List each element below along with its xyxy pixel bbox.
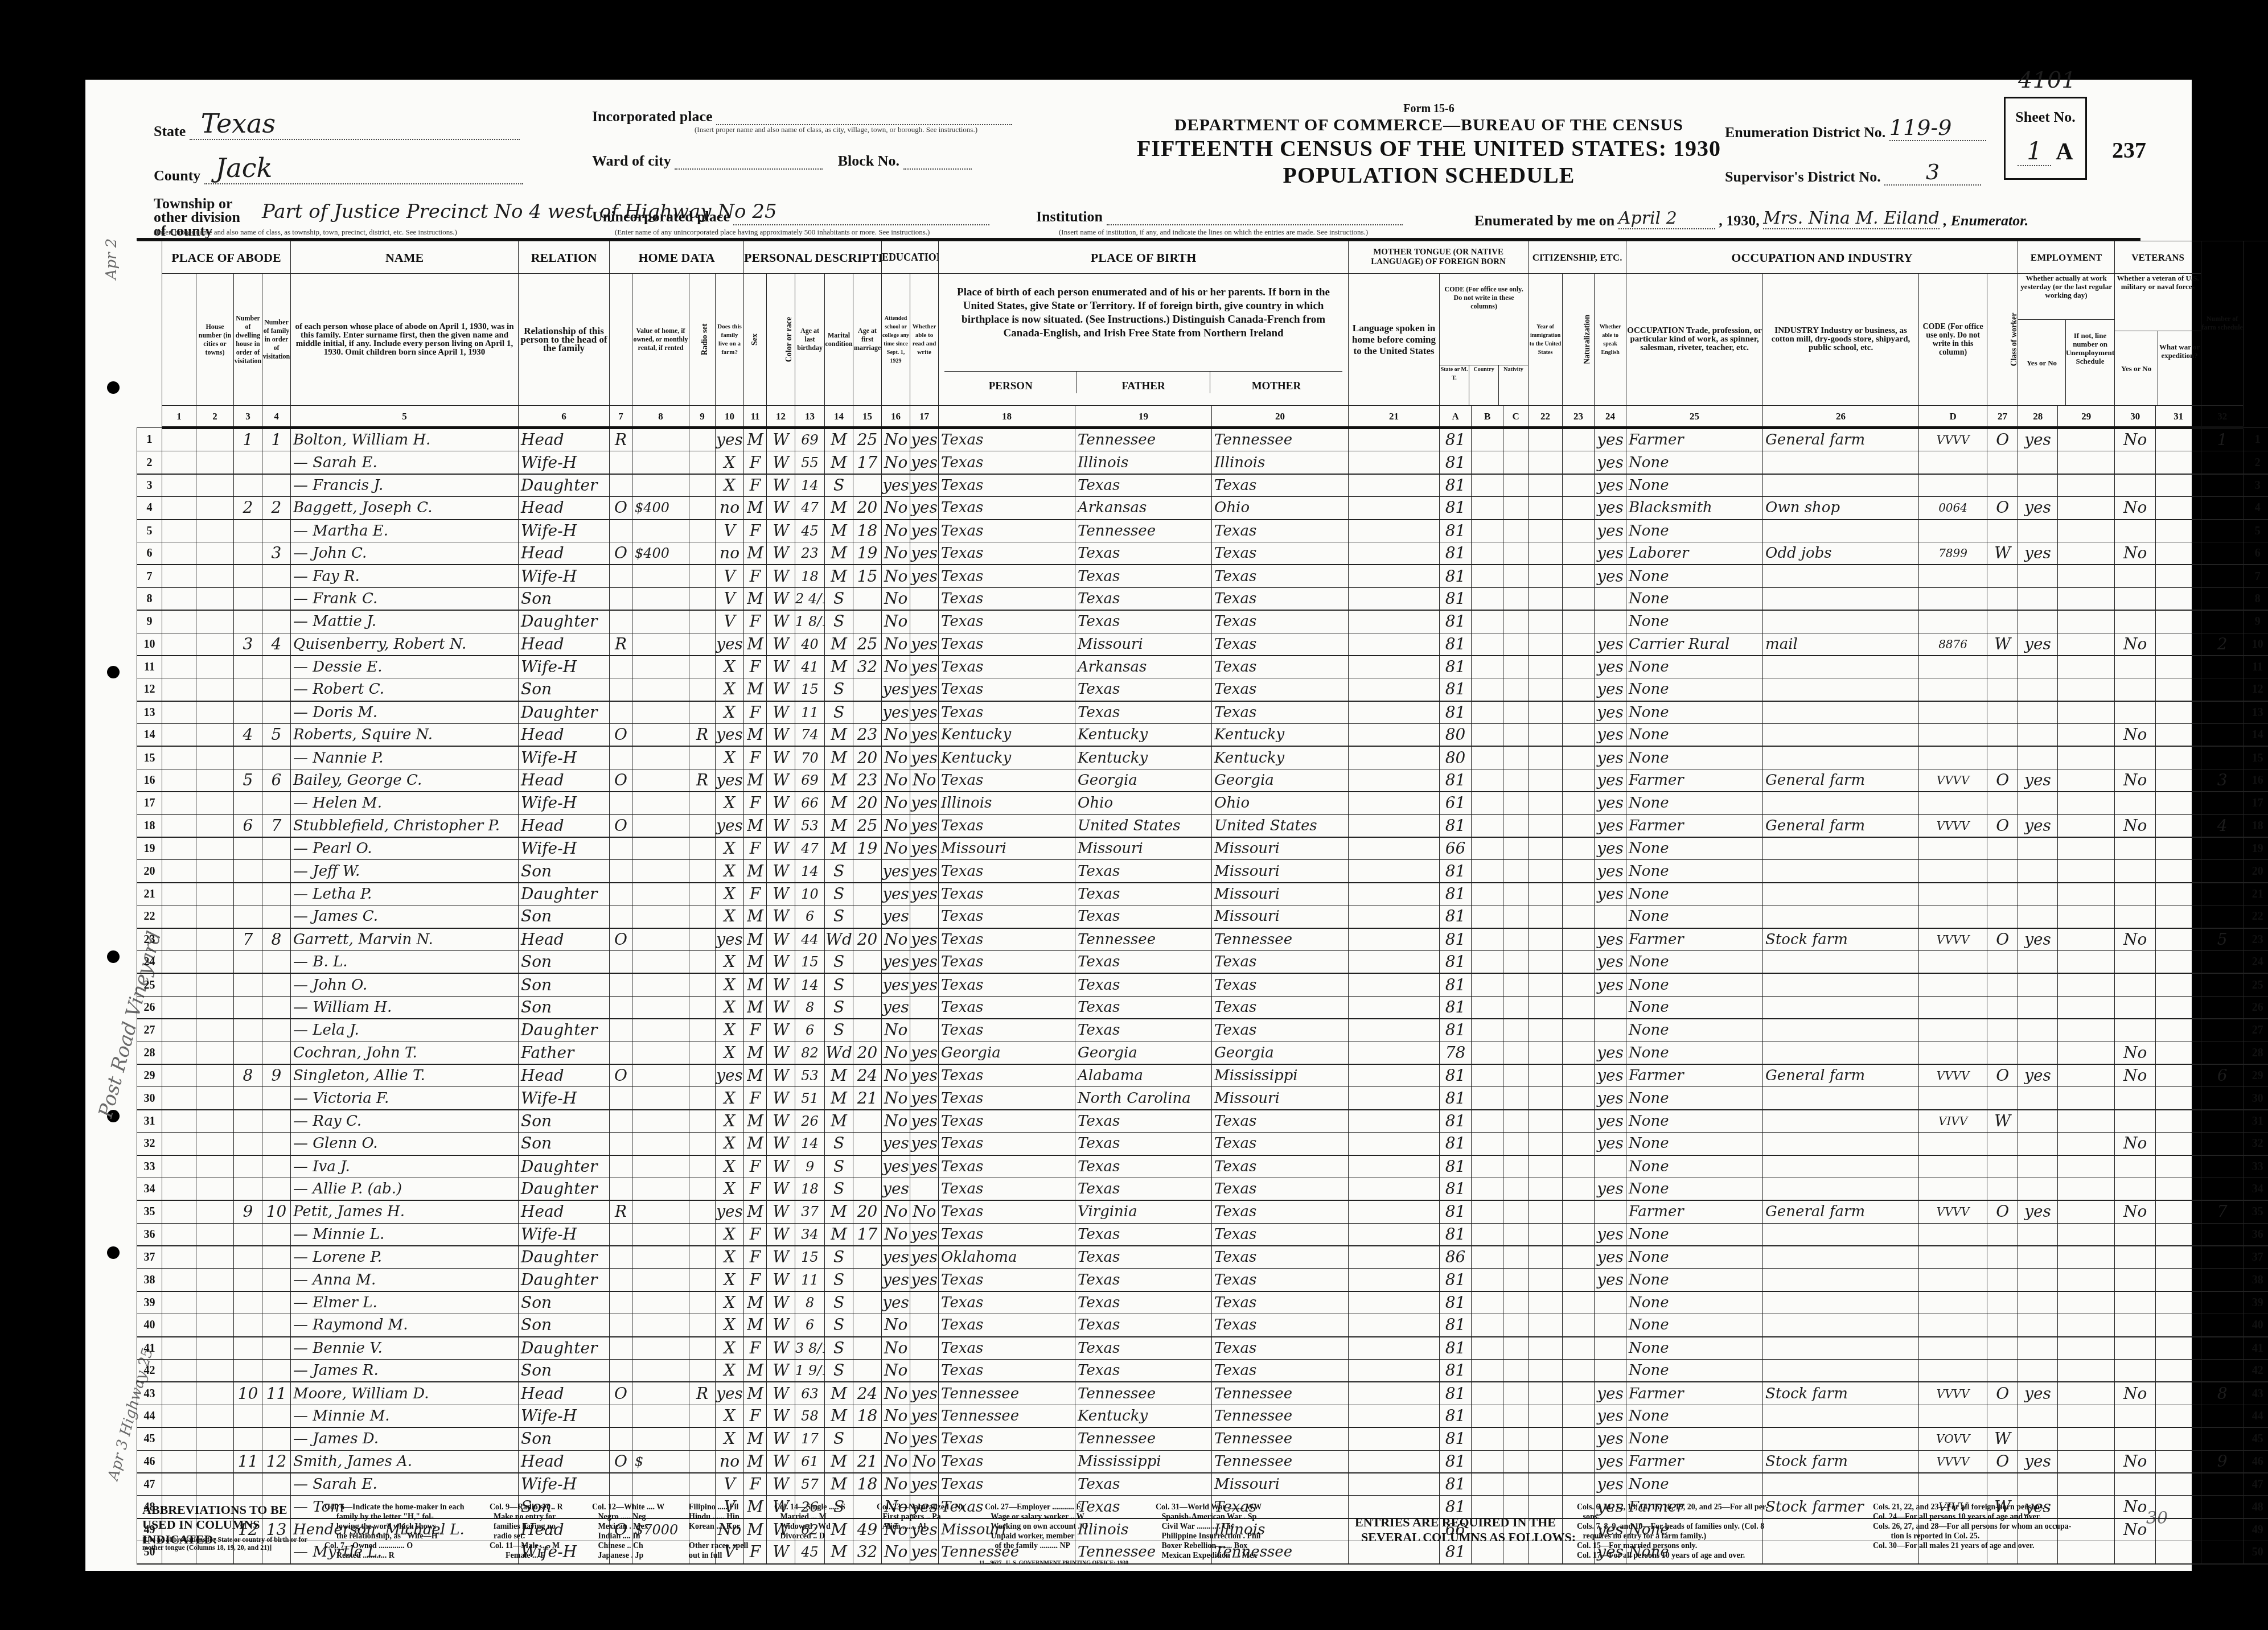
mother-tongue-cell [1349, 701, 1440, 724]
line-number-right: 4 [2244, 497, 2268, 520]
header-c12: Color or race [767, 274, 795, 406]
at-work-cell [2018, 656, 2058, 678]
naturalization-cell [1563, 1473, 1595, 1496]
industry-cell [1763, 610, 1919, 633]
street-cell [162, 1405, 196, 1427]
street-cell [162, 724, 196, 747]
farm-schedule-cell [2201, 860, 2244, 883]
incorporated-field: Incorporated place (Insert proper name a… [592, 108, 1012, 125]
dwelling-number-cell [234, 1223, 262, 1246]
unemployment-line-cell [2058, 950, 2115, 973]
farm-cell: X [716, 1269, 744, 1291]
radio-cell [689, 860, 716, 883]
dwelling-number-cell [234, 905, 262, 928]
birthplace-father-cell: Texas [1075, 1246, 1212, 1269]
house-number-cell [196, 1042, 234, 1064]
line-number-right: 37 [2244, 1246, 2268, 1269]
unemployment-line-cell [2058, 1314, 2115, 1337]
table-row: 21— Letha P.DaughterXFW10SyesyesTexasTex… [137, 883, 2268, 905]
dwelling-number-cell [234, 1427, 262, 1450]
form-number: Form 15-6 [1099, 102, 1759, 116]
age-first-marriage-cell [853, 474, 882, 497]
race-cell: W [767, 1155, 795, 1178]
abbrev-note: [Use no abbreviations for State or count… [142, 1536, 319, 1551]
war-cell [2156, 610, 2201, 633]
naturalization-cell [1563, 701, 1595, 724]
class-of-worker-cell: W [1987, 542, 2018, 565]
speak-english-cell: yes [1595, 1450, 1626, 1473]
birthplace-mother-cell: Texas [1212, 1246, 1349, 1269]
immigration-year-cell [1529, 610, 1563, 633]
read-write-cell: yes [910, 565, 939, 587]
birthplace-person-cell: Texas [939, 1291, 1075, 1314]
code-a-cell: 81 [1440, 996, 1472, 1019]
farm-cell: V [716, 587, 744, 610]
naturalization-cell [1563, 1382, 1595, 1405]
industry-cell [1763, 1042, 1919, 1064]
sex-cell: M [744, 1042, 767, 1064]
age-first-marriage-cell: 25 [853, 633, 882, 656]
age-cell: 57 [795, 1473, 825, 1496]
speak-english-cell [1595, 1291, 1626, 1314]
farm-schedule-cell [2201, 724, 2244, 747]
age-cell: 15 [795, 1246, 825, 1269]
war-cell [2156, 724, 2201, 747]
immigration-year-cell [1529, 1473, 1563, 1496]
column-number: C [1503, 406, 1529, 428]
birthplace-mother-cell: Tennessee [1212, 1382, 1349, 1405]
line-number: 16 [137, 769, 162, 792]
speak-english-cell: yes [1595, 678, 1626, 701]
street-cell [162, 1246, 196, 1269]
farm-cell: X [716, 656, 744, 678]
code-b-cell [1472, 1360, 1503, 1382]
farm-schedule-cell [2201, 1473, 2244, 1496]
industry-cell: mail [1763, 633, 1919, 656]
relation-cell: Son [519, 587, 610, 610]
occupation-cell: None [1626, 1133, 1763, 1155]
table-row: 1867Stubblefield, Christopher P.HeadOyes… [137, 814, 2268, 837]
code-a-cell: 81 [1440, 1291, 1472, 1314]
unemployment-line-cell [2058, 451, 2115, 474]
line-number-right: 5 [2244, 520, 2268, 542]
unemployment-line-cell [2058, 1110, 2115, 1133]
race-cell: W [767, 1019, 795, 1042]
group-occupation: OCCUPATION AND INDUSTRY [1626, 241, 2018, 274]
farm-cell: no [716, 1450, 744, 1473]
occupation-cell: None [1626, 656, 1763, 678]
home-owned-cell [610, 860, 632, 883]
home-owned-cell: R [610, 428, 632, 451]
naturalization-cell [1563, 678, 1595, 701]
code-b-cell [1472, 950, 1503, 973]
name-cell: — Raymond M. [291, 1314, 519, 1337]
age-first-marriage-cell: 18 [853, 520, 882, 542]
relation-cell: Head [519, 928, 610, 951]
age-first-marriage-cell [853, 1178, 882, 1200]
industry-cell [1763, 973, 1919, 996]
war-cell [2156, 769, 2201, 792]
veteran-cell [2115, 520, 2156, 542]
line-number-right: 2 [2244, 451, 2268, 474]
sex-cell: F [744, 1337, 767, 1360]
school-cell: yes [882, 474, 910, 497]
immigration-year-cell [1529, 1314, 1563, 1337]
dwelling-number-cell [234, 1337, 262, 1360]
code-b-cell [1472, 837, 1503, 860]
house-number-cell [196, 497, 234, 520]
age-cell: 47 [795, 497, 825, 520]
age-cell: 44 [795, 928, 825, 951]
veteran-cell [2115, 746, 2156, 769]
mother-tongue-cell [1349, 1064, 1440, 1087]
unemployment-line-cell [2058, 542, 2115, 565]
line-number-right: 17 [2244, 792, 2268, 814]
column-number: 7 [610, 406, 632, 428]
line-number-right: 27 [2244, 1019, 2268, 1042]
house-number-cell [196, 1473, 234, 1496]
birthplace-person-cell: Texas [939, 1450, 1075, 1473]
code-a-cell: 81 [1440, 1337, 1472, 1360]
ed-value: 119-9 [1889, 115, 1986, 141]
relation-cell: Wife-H [519, 1087, 610, 1110]
street-cell [162, 1019, 196, 1042]
farm-cell: yes [716, 928, 744, 951]
code-b-cell [1472, 1405, 1503, 1427]
birthplace-mother-cell: Texas [1212, 587, 1349, 610]
home-owned-cell [610, 1269, 632, 1291]
name-cell: — Elmer L. [291, 1291, 519, 1314]
code-d-cell [1919, 451, 1987, 474]
home-value-cell [632, 610, 689, 633]
naturalization-cell [1563, 1178, 1595, 1200]
farm-cell: V [716, 520, 744, 542]
home-owned-cell: O [610, 1064, 632, 1087]
mother-tongue-cell [1349, 1405, 1440, 1427]
title-block: Form 15-6 DEPARTMENT OF COMMERCE—BUREAU … [1099, 102, 1759, 188]
naturalization-cell [1563, 837, 1595, 860]
read-write-cell: yes [910, 860, 939, 883]
veteran-cell [2115, 474, 2156, 497]
line-number: 20 [137, 860, 162, 883]
naturalization-cell [1563, 1450, 1595, 1473]
family-number-cell [262, 451, 291, 474]
war-cell [2156, 1496, 2201, 1518]
mother-tongue-cell [1349, 1291, 1440, 1314]
marital-cell: S [825, 996, 853, 1019]
school-cell: yes [882, 1269, 910, 1291]
occupation-cell: None [1626, 1087, 1763, 1110]
birthplace-person-cell: Texas [939, 1133, 1075, 1155]
age-first-marriage-cell [853, 1360, 882, 1382]
farm-cell: yes [716, 1064, 744, 1087]
read-write-cell [910, 1337, 939, 1360]
code-b-cell [1472, 428, 1503, 451]
sex-cell: M [744, 1382, 767, 1405]
birthplace-person-cell: Georgia [939, 1042, 1075, 1064]
family-number-cell [262, 1291, 291, 1314]
home-owned-cell [610, 451, 632, 474]
county-field: County Jack [154, 153, 523, 184]
marital-cell: S [825, 678, 853, 701]
line-number: 1 [137, 428, 162, 451]
war-cell [2156, 1087, 2201, 1110]
war-cell [2156, 1427, 2201, 1450]
table-row: 37— Lorene P.DaughterXFW15SyesyesOklahom… [137, 1246, 2268, 1269]
house-number-cell [196, 1291, 234, 1314]
home-value-cell [632, 1405, 689, 1427]
column-number: 9 [689, 406, 716, 428]
sex-cell: M [744, 1450, 767, 1473]
mother-tongue-cell [1349, 1019, 1440, 1042]
mother-tongue-cell [1349, 1314, 1440, 1337]
farm-cell: V [716, 610, 744, 633]
line-number-right: 7 [2244, 565, 2268, 587]
name-cell: Baggett, Joseph C. [291, 497, 519, 520]
birthplace-father-cell: Arkansas [1075, 497, 1212, 520]
birthplace-mother-cell: Texas [1212, 656, 1349, 678]
table-row: 39— Elmer L.SonXMW8SyesTexasTexasTexas81… [137, 1291, 2268, 1314]
birthplace-mother-cell: Ohio [1212, 497, 1349, 520]
relation-cell: Son [519, 1360, 610, 1382]
school-cell: yes [882, 996, 910, 1019]
street-cell [162, 1155, 196, 1178]
radio-cell [689, 587, 716, 610]
immigration-year-cell [1529, 928, 1563, 951]
unemployment-line-cell [2058, 837, 2115, 860]
race-cell: W [767, 1110, 795, 1133]
birthplace-mother-cell: Texas [1212, 701, 1349, 724]
immigration-year-cell [1529, 996, 1563, 1019]
age-cell: 51 [795, 1087, 825, 1110]
veteran-cell [2115, 1405, 2156, 1427]
code-d-cell [1919, 950, 1987, 973]
name-cell: — Mattie J. [291, 610, 519, 633]
home-value-cell [632, 587, 689, 610]
unemployment-line-cell [2058, 905, 2115, 928]
race-cell: W [767, 474, 795, 497]
line-number: 41 [137, 1337, 162, 1360]
age-first-marriage-cell: 21 [853, 1087, 882, 1110]
war-cell [2156, 792, 2201, 814]
unemployment-line-cell [2058, 746, 2115, 769]
table-row: 1656Bailey, George C.HeadORyesMW69M23NoN… [137, 769, 2268, 792]
at-work-cell [2018, 678, 2058, 701]
class-of-worker-cell [1987, 1360, 2018, 1382]
class-of-worker-cell [1987, 746, 2018, 769]
header-c13: Age at last birthday [795, 274, 825, 406]
relation-cell: Wife-H [519, 451, 610, 474]
column-number: 20 [1212, 406, 1349, 428]
code-b-cell [1472, 1042, 1503, 1064]
farm-schedule-cell [2201, 837, 2244, 860]
farm-schedule-cell [2201, 1155, 2244, 1178]
home-owned-cell: R [610, 1200, 632, 1223]
radio-cell [689, 1019, 716, 1042]
house-number-cell [196, 428, 234, 451]
line-number-right: 21 [2244, 883, 2268, 905]
name-cell: — Pearl O. [291, 837, 519, 860]
birthplace-father-cell: Texas [1075, 678, 1212, 701]
war-cell [2156, 1133, 2201, 1155]
read-write-cell: yes [910, 1246, 939, 1269]
unemployment-line-cell [2058, 1427, 2115, 1450]
speak-english-cell: yes [1595, 633, 1626, 656]
immigration-year-cell [1529, 1382, 1563, 1405]
birthplace-person-cell: Texas [939, 769, 1075, 792]
naturalization-cell [1563, 1314, 1595, 1337]
radio-cell: R [689, 724, 716, 747]
read-write-cell [910, 610, 939, 633]
farm-schedule-cell [2201, 1314, 2244, 1337]
read-write-cell [910, 1314, 939, 1337]
school-cell: No [882, 610, 910, 633]
veteran-cell [2115, 1291, 2156, 1314]
industry-cell [1763, 678, 1919, 701]
house-number-cell [196, 950, 234, 973]
street-cell [162, 1382, 196, 1405]
house-number-cell [196, 928, 234, 951]
radio-cell [689, 520, 716, 542]
read-write-cell: yes [910, 837, 939, 860]
family-number-cell [262, 1223, 291, 1246]
radio-cell [689, 1427, 716, 1450]
code-d-cell [1919, 1473, 1987, 1496]
radio-cell: R [689, 1382, 716, 1405]
column-number: 25 [1626, 406, 1763, 428]
column-number: 3 [234, 406, 262, 428]
naturalization-cell [1563, 792, 1595, 814]
code-a-cell: 81 [1440, 587, 1472, 610]
mother-tongue-cell [1349, 950, 1440, 973]
school-cell: yes [882, 905, 910, 928]
occupation-cell: None [1626, 1405, 1763, 1427]
line-number-right: 3 [2244, 474, 2268, 497]
group-tongue: MOTHER TONGUE (OR NATIVE LANGUAGE) OF FO… [1349, 241, 1529, 274]
immigration-year-cell [1529, 497, 1563, 520]
class-of-worker-cell [1987, 973, 2018, 996]
relation-cell: Son [519, 678, 610, 701]
home-value-cell [632, 1064, 689, 1087]
house-number-cell [196, 451, 234, 474]
street-cell [162, 837, 196, 860]
farm-cell: X [716, 1291, 744, 1314]
school-cell: No [882, 656, 910, 678]
speak-english-cell: yes [1595, 928, 1626, 951]
code-c-cell [1503, 1360, 1529, 1382]
home-value-cell [632, 1473, 689, 1496]
school-cell: No [882, 1200, 910, 1223]
marital-cell: M [825, 497, 853, 520]
birthplace-father-cell: Texas [1075, 474, 1212, 497]
code-a-cell: 81 [1440, 950, 1472, 973]
code-a-cell: 81 [1440, 610, 1472, 633]
code-a-cell: 66 [1440, 837, 1472, 860]
dwelling-number-cell [234, 860, 262, 883]
birthplace-person-cell: Texas [939, 1200, 1075, 1223]
age-cell: 14 [795, 860, 825, 883]
war-cell [2156, 1360, 2201, 1382]
code-b-cell [1472, 701, 1503, 724]
header-c22: Year of immigration to the United States [1529, 274, 1563, 406]
occupation-cell: None [1626, 973, 1763, 996]
code-c-cell [1503, 1473, 1529, 1496]
code-a-cell: 81 [1440, 1269, 1472, 1291]
street-cell [162, 1133, 196, 1155]
code-b-cell [1472, 1427, 1503, 1450]
code-b-cell [1472, 1019, 1503, 1042]
war-cell [2156, 1473, 2201, 1496]
table-row: 22— James C.SonXMW6SyesTexasTexasMissour… [137, 905, 2268, 928]
at-work-cell [2018, 451, 2058, 474]
class-of-worker-cell [1987, 1269, 2018, 1291]
line-number: 36 [137, 1223, 162, 1246]
industry-cell [1763, 565, 1919, 587]
birthplace-father-cell: Texas [1075, 1360, 1212, 1382]
marital-cell: S [825, 1337, 853, 1360]
age-cell: 53 [795, 1064, 825, 1087]
marital-cell: Wd [825, 928, 853, 951]
radio-cell [689, 1110, 716, 1133]
dwelling-number-cell [234, 520, 262, 542]
line-number-right: 9 [2244, 610, 2268, 633]
table-row: 63— John C.HeadO$400noMW23M19NoyesTexasT… [137, 542, 2268, 565]
race-cell: W [767, 996, 795, 1019]
code-c-cell [1503, 1314, 1529, 1337]
line-number-right: 11 [2244, 656, 2268, 678]
radio-cell [689, 746, 716, 769]
industry-cell [1763, 1269, 1919, 1291]
birthplace-mother-cell: Texas [1212, 565, 1349, 587]
birthplace-mother-cell: Missouri [1212, 837, 1349, 860]
unemployment-line-cell [2058, 428, 2115, 451]
at-work-cell: yes [2018, 1450, 2058, 1473]
home-owned-cell [610, 905, 632, 928]
home-owned-cell [610, 1133, 632, 1155]
home-owned-cell: O [610, 724, 632, 747]
speak-english-cell [1595, 1019, 1626, 1042]
table-row: 1034Quisenberry, Robert N.HeadRyesMW40M2… [137, 633, 2268, 656]
age-first-marriage-cell: 17 [853, 1223, 882, 1246]
naturalization-cell [1563, 1405, 1595, 1427]
line-number-right: 22 [2244, 905, 2268, 928]
incorporated-label: Incorporated place [592, 108, 713, 125]
enumerated-label: Enumerated by me on [1474, 212, 1614, 229]
family-number-cell [262, 1314, 291, 1337]
occupation-cell: Farmer [1626, 769, 1763, 792]
industry-cell [1763, 1473, 1919, 1496]
age-first-marriage-cell: 23 [853, 724, 882, 747]
industry-cell [1763, 1246, 1919, 1269]
birthplace-mother-cell: Tennessee [1212, 1450, 1349, 1473]
age-first-marriage-cell [853, 1291, 882, 1314]
home-owned-cell: R [610, 633, 632, 656]
name-cell: Bolton, William H. [291, 428, 519, 451]
sheet-number-box: Sheet No. 1 A [2004, 97, 2087, 180]
street-cell [162, 1064, 196, 1087]
home-value-cell [632, 1019, 689, 1042]
birthplace-person-cell: Texas [939, 1155, 1075, 1178]
mother-tongue-cell [1349, 724, 1440, 747]
column-number: 23 [1563, 406, 1595, 428]
header-c4: Number of family in order of visitation [262, 274, 291, 406]
birthplace-father-cell: United States [1075, 814, 1212, 837]
enumerated-date: April 2 [1618, 208, 1715, 229]
marital-cell: S [825, 860, 853, 883]
dwelling-number-cell [234, 565, 262, 587]
code-c-cell [1503, 656, 1529, 678]
at-work-cell [2018, 1405, 2058, 1427]
